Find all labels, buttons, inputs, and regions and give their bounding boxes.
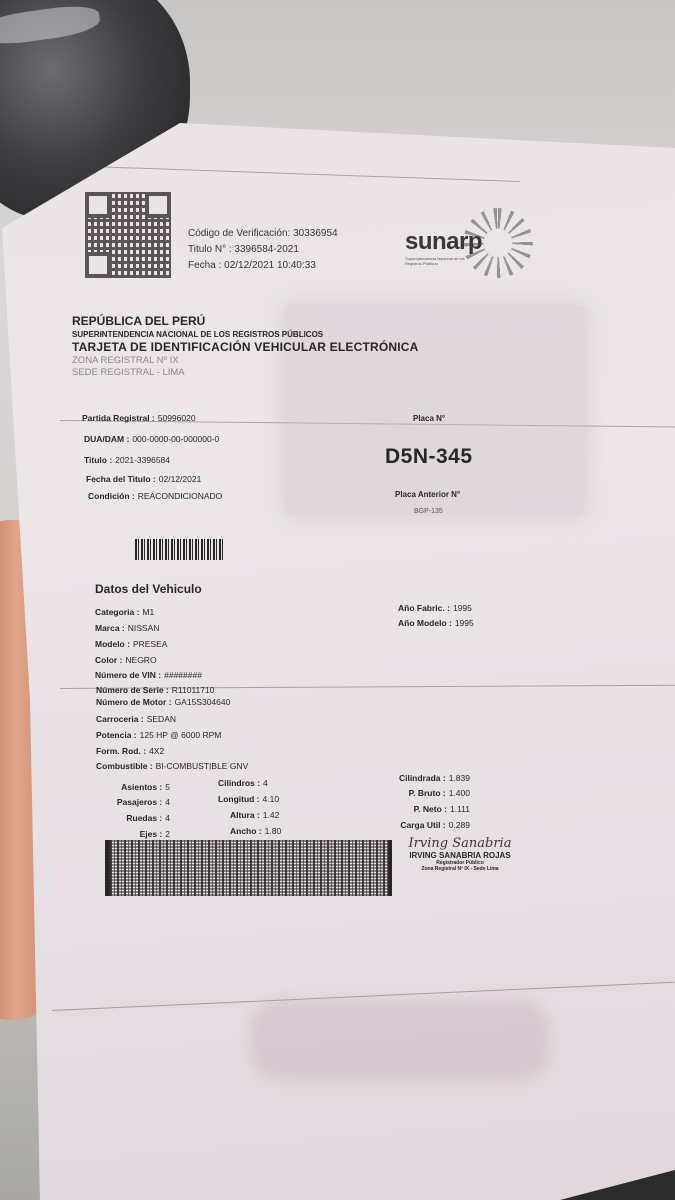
field-row: Modelo :PRESEA <box>95 639 167 649</box>
paper-stain <box>250 1000 550 1080</box>
field-row: Titulo :2021-3396584 <box>84 455 170 465</box>
vehicle-section-title: Datos del Vehiculo <box>95 582 202 596</box>
field-label: Titulo : <box>84 455 112 465</box>
field-label: Combustible : <box>96 761 153 771</box>
verification-code-label: Código de Verificación: <box>188 228 290 239</box>
field-value: 0.289 <box>449 820 470 830</box>
field-row: Número de Motor :GA15S304640 <box>96 697 230 707</box>
field-value: 2 <box>165 829 170 839</box>
field-label: Ejes : <box>140 829 163 839</box>
field-label: Longitud : <box>218 794 260 804</box>
logo-subtitle: Superintendencia Nacional de los Registr… <box>405 256 475 266</box>
field-value: 02/12/2021 <box>159 474 202 484</box>
date-line: Fecha : 02/12/2021 10:40:33 <box>188 258 338 274</box>
field-row: Form. Rod. :4X2 <box>96 746 164 756</box>
field-value: 1.111 <box>450 804 470 814</box>
date-value: 02/12/2021 10:40:33 <box>224 260 316 271</box>
title-number-label: Titulo N° : <box>188 244 232 255</box>
field-label: Categoria : <box>95 607 139 617</box>
field-value: 1.42 <box>263 810 280 820</box>
field-row: Marca :NISSAN <box>95 623 159 633</box>
field-row: Potencia :125 HP @ 6000 RPM <box>96 730 221 740</box>
field-label: Fecha del Titulo : <box>86 474 156 484</box>
field-label: Partida Registral : <box>82 413 155 423</box>
field-label: Color : <box>95 655 122 665</box>
plate-number: D5N-345 <box>385 445 473 469</box>
field-value: 1.400 <box>449 788 470 798</box>
field-label: Altura : <box>230 810 260 820</box>
field-row: Cilindros :4 <box>218 778 268 788</box>
field-label: Form. Rod. : <box>96 746 146 756</box>
field-label: Número de VIN : <box>95 670 161 680</box>
field-value: 000-0000-00-000000-0 <box>132 434 219 444</box>
field-value: SEDAN <box>147 714 176 724</box>
republic-heading: REPÚBLICA DEL PERÚ <box>72 314 419 328</box>
qr-code <box>85 192 171 278</box>
field-value: 5 <box>165 782 170 792</box>
date-label: Fecha : <box>188 260 221 271</box>
field-label: Ruedas : <box>126 813 162 823</box>
field-label: P. Neto : <box>414 804 447 814</box>
field-row: Color :NEGRO <box>95 655 157 665</box>
fold-line-top <box>90 166 520 182</box>
field-value: 1.80 <box>265 826 282 836</box>
title-number-line: Titulo N° : 3396584-2021 <box>188 242 338 258</box>
field-row: Fecha del Titulo :02/12/2021 <box>86 474 201 484</box>
registry-office: SEDE REGISTRAL - LIMA <box>72 367 419 378</box>
field-value: 1995 <box>453 603 472 613</box>
field-value: 4X2 <box>149 746 164 756</box>
field-value: 1995 <box>455 618 474 628</box>
field-label: Carga Util : <box>400 820 445 830</box>
document-header: REPÚBLICA DEL PERÚ SUPERINTENDENCIA NACI… <box>72 314 419 378</box>
field-value: 1.839 <box>449 773 470 783</box>
field-row: Cilindrada :1.839 <box>355 773 470 783</box>
signature-block: Irving Sanabria IRVING SANABRIA ROJAS Re… <box>400 836 520 872</box>
background-highlight <box>0 2 102 48</box>
field-row: Número de Serie :R11011710 <box>96 685 214 695</box>
field-row: Categoria :M1 <box>95 607 154 617</box>
field-label: Marca : <box>95 623 125 633</box>
field-row: Ancho :1.80 <box>230 826 281 836</box>
field-row: Altura :1.42 <box>230 810 279 820</box>
field-value: 4 <box>165 813 170 823</box>
field-row: Año Fabric. :1995 <box>398 603 472 613</box>
field-row: Carroceria :SEDAN <box>96 714 176 724</box>
field-value: PRESEA <box>133 639 168 649</box>
field-label: P. Bruto : <box>409 788 446 798</box>
field-row: Pasajeros :4 <box>60 797 170 807</box>
field-row: Partida Registral :50996020 <box>82 413 196 423</box>
registrar-zone: Zona Registral Nº IX - Sede Lima <box>400 866 520 872</box>
field-value: R11011710 <box>172 685 215 695</box>
field-row: Número de VIN :######## <box>95 670 202 680</box>
field-value: 2021-3396584 <box>115 455 170 465</box>
field-label: Número de Motor : <box>96 697 172 707</box>
field-value: M1 <box>142 607 154 617</box>
previous-plate-label: Placa Anterior N° <box>395 490 460 499</box>
field-label: Asientos : <box>121 782 162 792</box>
field-row: P. Bruto :1.400 <box>355 788 470 798</box>
field-value: 50996020 <box>158 413 196 423</box>
field-row: P. Neto :1.111 <box>355 804 470 814</box>
field-row: Ejes :2 <box>60 829 170 839</box>
field-label: Carroceria : <box>96 714 144 724</box>
previous-plate-number: BGP-135 <box>414 508 443 515</box>
field-row: DUA/DAM :000-0000-00-000000-0 <box>84 434 219 444</box>
field-row: Ruedas :4 <box>60 813 170 823</box>
field-value: NEGRO <box>125 655 156 665</box>
field-label: Potencia : <box>96 730 137 740</box>
registry-zone: ZONA REGISTRAL Nº IX <box>72 355 419 366</box>
registrar-name: IRVING SANABRIA ROJAS <box>400 851 520 860</box>
field-value: NISSAN <box>128 623 160 633</box>
pdf417-barcode <box>105 840 392 896</box>
field-value: GA15S304640 <box>175 697 231 707</box>
barcode <box>135 539 225 560</box>
sunarp-logo: sunarp Superintendencia Nacional de los … <box>405 228 482 266</box>
field-row: Asientos :5 <box>60 782 170 792</box>
verification-code-value: 30336954 <box>293 228 338 239</box>
sun-rays-icon <box>463 208 533 278</box>
qr-corner <box>85 252 111 278</box>
field-label: Modelo : <box>95 639 130 649</box>
field-value: 4.10 <box>263 794 280 804</box>
field-value: 125 HP @ 6000 RPM <box>140 730 222 740</box>
superintendency-heading: SUPERINTENDENCIA NACIONAL DE LOS REGISTR… <box>72 330 419 339</box>
document-paper: Código de Verificación: 30336954 Titulo … <box>0 0 675 1200</box>
field-label: Condición : <box>88 491 135 501</box>
field-label: Cilindros : <box>218 778 260 788</box>
field-value: 4 <box>165 797 170 807</box>
field-value: REACONDICIONADO <box>138 491 223 501</box>
field-value: ######## <box>164 670 202 680</box>
field-row: Longitud :4.10 <box>218 794 279 804</box>
plate-label: Placa N° <box>413 414 445 423</box>
field-label: DUA/DAM : <box>84 434 129 444</box>
field-label: Cilindrada : <box>399 773 446 783</box>
document-title: TARJETA DE IDENTIFICACIÓN VEHICULAR ELEC… <box>72 340 419 354</box>
title-number-value: 3396584-2021 <box>234 244 299 255</box>
field-row: Condición :REACONDICIONADO <box>88 491 222 501</box>
field-label: Ancho : <box>230 826 262 836</box>
field-row: Carga Util :0.289 <box>355 820 470 830</box>
verification-block: Código de Verificación: 30336954 Titulo … <box>188 226 338 274</box>
field-label: Número de Serie : <box>96 685 169 695</box>
field-label: Pasajeros : <box>117 797 162 807</box>
field-value: 4 <box>263 778 268 788</box>
field-row: Año Modelo :1995 <box>398 618 474 628</box>
verification-code-line: Código de Verificación: 30336954 <box>188 226 338 242</box>
field-label: Año Modelo : <box>398 618 452 628</box>
field-row: Combustible :BI-COMBUSTIBLE GNV <box>96 761 248 771</box>
signature: Irving Sanabria <box>400 836 520 851</box>
field-value: BI-COMBUSTIBLE GNV <box>156 761 249 771</box>
field-label: Año Fabric. : <box>398 603 450 613</box>
